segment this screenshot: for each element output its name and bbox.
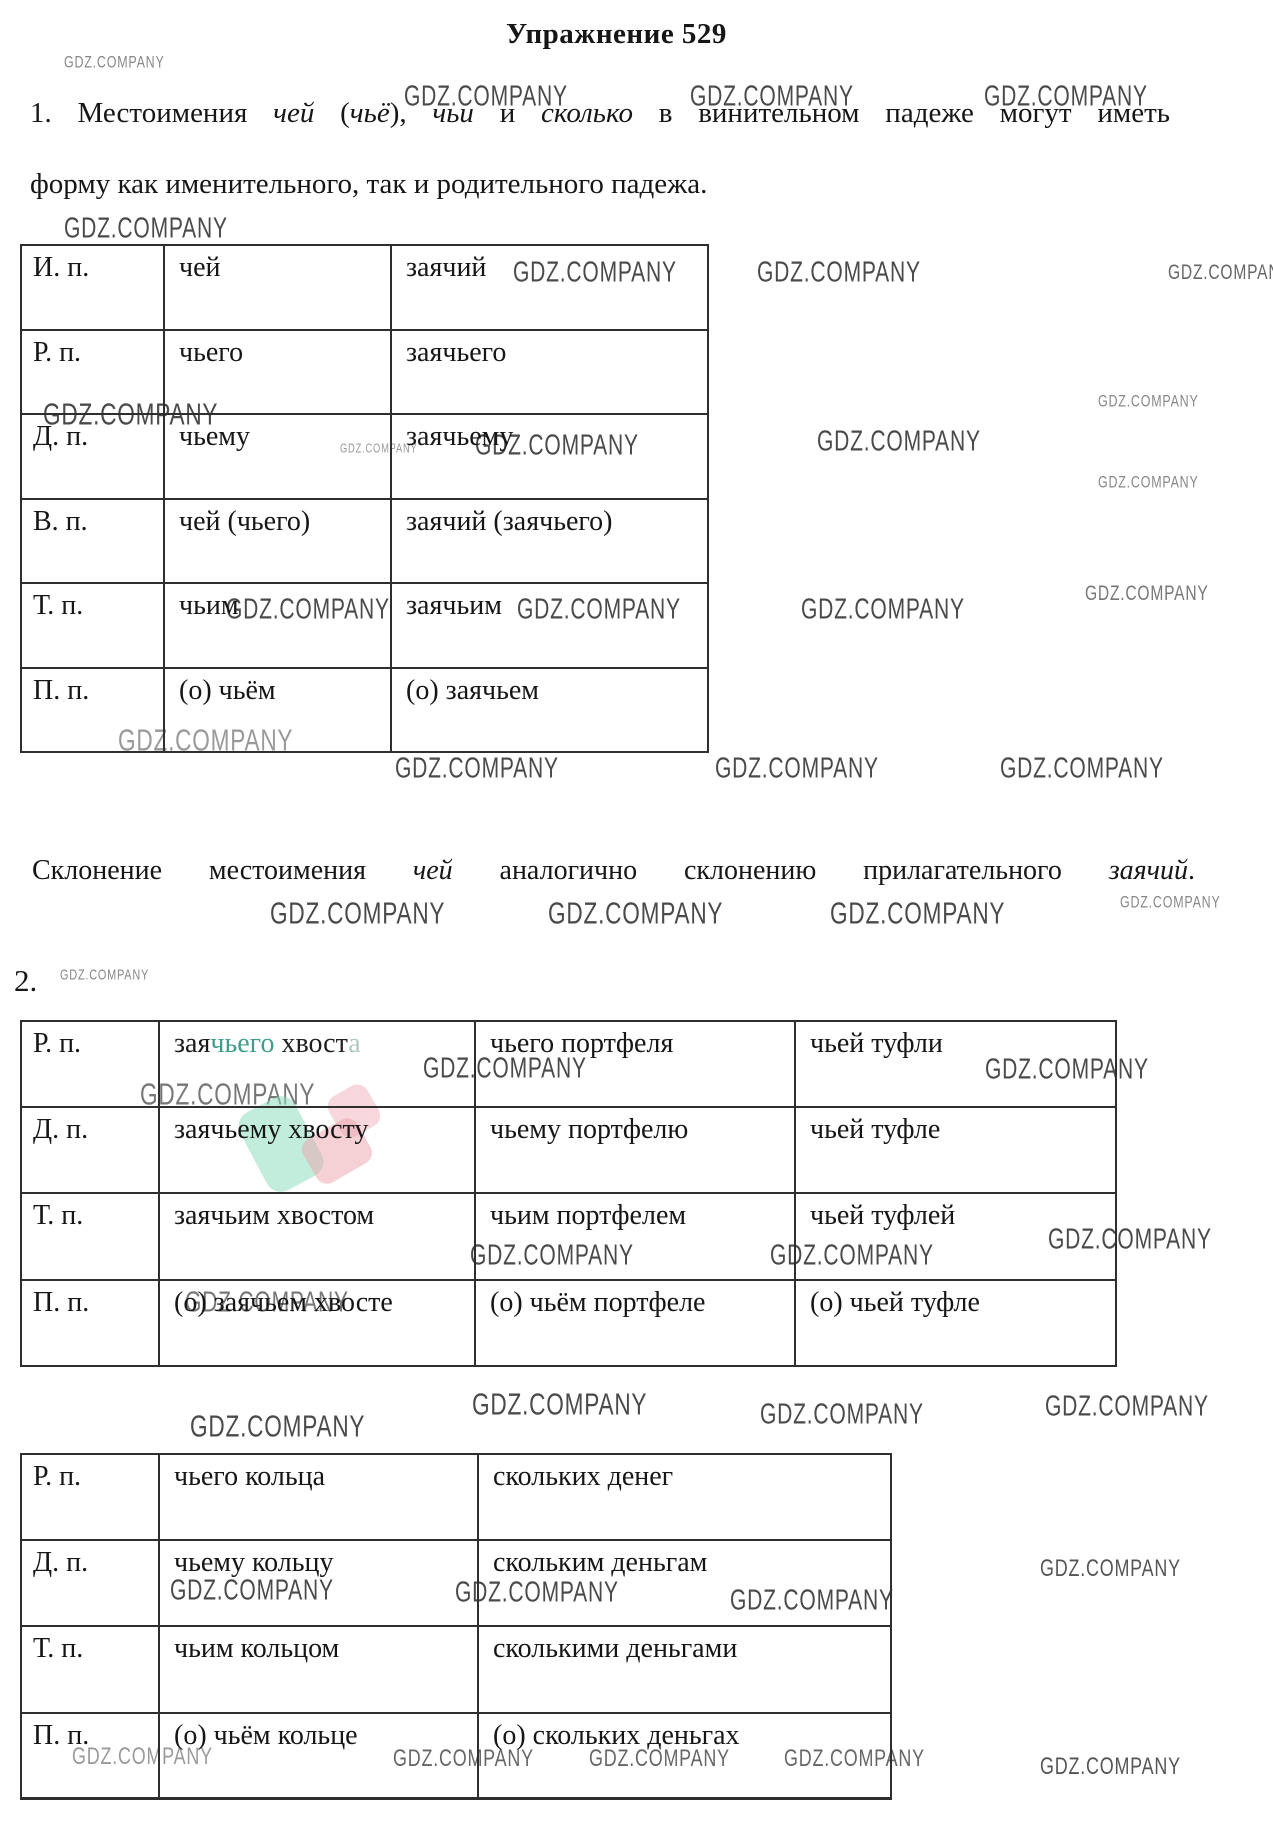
watermark-gdz: GDZ.COMPANY — [830, 899, 1005, 930]
cell-case: Р. п. — [21, 1454, 159, 1540]
cell-value: заячьему — [391, 414, 708, 499]
cell-value: заячий (заячьего) — [391, 499, 708, 584]
text-segment: зая — [174, 1028, 210, 1059]
text-segment: чьего — [210, 1028, 274, 1059]
declension-table-pronoun-adjective: И. п. чей заячий Р. п. чьего заячьего Д.… — [20, 244, 709, 753]
text-segment: чьи — [432, 97, 474, 129]
cell-value: чьего — [164, 330, 391, 415]
intro-paragraph-line2: форму как именительного, так и родительн… — [30, 167, 930, 201]
table-row: Д. п. заячьему хвосту чьему портфелю чье… — [21, 1107, 1116, 1193]
cell-value: чьего кольца — [159, 1454, 478, 1540]
watermark-gdz: GDZ.COMPANY — [1000, 754, 1164, 783]
watermark-gdz: GDZ.COMPANY — [395, 754, 559, 783]
text-segment: ), — [390, 97, 433, 129]
table-row: Т. п. заячьим хвостом чьим портфелем чье… — [21, 1193, 1116, 1279]
cell-case: Д. п. — [21, 1107, 159, 1193]
intro-paragraph-line1: 1. Местоимения чей (чьё), чьи и сколько … — [30, 96, 1170, 130]
cell-value: чьему кольцу — [159, 1540, 478, 1626]
cell-case: П. п. — [21, 1713, 159, 1799]
cell-value: чьему портфелю — [475, 1107, 795, 1193]
watermark-gdz: GDZ.COMPANY — [1040, 1754, 1181, 1778]
cell-case: И. п. — [21, 245, 164, 330]
text-segment: чей — [273, 97, 314, 129]
cell-value: чьим — [164, 583, 391, 668]
cell-case: Р. п. — [21, 1021, 159, 1107]
cell-value: заячьим хвостом — [159, 1193, 475, 1279]
cell-case: Т. п. — [21, 1193, 159, 1279]
exercise-title: Упражнение 529 — [0, 18, 1233, 51]
cell-value: (о) скольких деньгах — [478, 1713, 891, 1799]
text-segment: и — [474, 97, 541, 129]
cell-value: чьей туфли — [795, 1021, 1116, 1107]
cell-case: В. п. — [21, 499, 164, 584]
text-segment: чьё — [350, 97, 390, 129]
table-row: Р. п. чьего кольца скольких денег — [21, 1454, 891, 1540]
text-segment: аналогично склонению прилагательного — [453, 855, 1109, 886]
table-row: Т. п. чьим кольцом сколькими деньгами — [21, 1626, 891, 1712]
cell-value: заячьему хвосту — [159, 1107, 475, 1193]
table-row: П. п. (о) чьём кольце (о) скольких деньг… — [21, 1713, 891, 1799]
cell-case: Р. п. — [21, 330, 164, 415]
cell-value: (о) заячьем хвосте — [159, 1280, 475, 1366]
watermark-gdz: GDZ.COMPANY — [817, 427, 981, 456]
watermark-gdz: GDZ.COMPANY — [64, 55, 165, 72]
text-segment: Склонение местоимения — [32, 855, 413, 886]
cell-value: скольких денег — [478, 1454, 891, 1540]
table-row: Д. п. чьему кольцу скольким деньгам — [21, 1540, 891, 1626]
note-paragraph: Склонение местоимения чей аналогично скл… — [32, 854, 1195, 888]
cell-value-highlighted: заячьего хвоста — [159, 1021, 475, 1107]
text-segment: заячий — [1109, 855, 1188, 886]
item-2-marker: 2. — [14, 963, 37, 999]
cell-case: П. п. — [21, 1280, 159, 1366]
cell-value: заячьего — [391, 330, 708, 415]
cell-value: чей (чьего) — [164, 499, 391, 584]
cell-value: сколькими деньгами — [478, 1626, 891, 1712]
watermark-gdz: GDZ.COMPANY — [270, 899, 445, 930]
cell-case: П. п. — [21, 668, 164, 753]
text-segment: 1. Местоимения — [30, 97, 273, 129]
cell-value: (о) чьём кольце — [159, 1713, 478, 1799]
table-row: П. п. (о) заячьем хвосте (о) чьём портфе… — [21, 1280, 1116, 1366]
cell-value: скольким деньгам — [478, 1540, 891, 1626]
text-segment: хвост — [274, 1028, 348, 1059]
cell-value: заячьим — [391, 583, 708, 668]
cell-value: (о) чьём портфеле — [475, 1280, 795, 1366]
watermark-gdz: GDZ.COMPANY — [715, 754, 879, 783]
watermark-gdz: GDZ.COMPANY — [548, 899, 723, 930]
watermark-gdz: GDZ.COMPANY — [1040, 1556, 1181, 1580]
text-segment: сколько — [541, 97, 633, 129]
table-row: И. п. чей заячий — [21, 245, 708, 330]
declension-table-skolko: Р. п. чьего кольца скольких денег Д. п. … — [20, 1453, 892, 1800]
watermark-gdz: GDZ.COMPANY — [757, 258, 921, 287]
cell-value: чьей туфле — [795, 1107, 1116, 1193]
text-segment: в винительном падеже могут иметь — [633, 97, 1170, 129]
table-row: Р. п. чьего заячьего — [21, 330, 708, 415]
text-segment: чей — [413, 855, 453, 886]
watermark-gdz: GDZ.COMPANY — [801, 595, 965, 624]
cell-case: Д. п. — [21, 414, 164, 499]
watermark-gdz: GDZ.COMPANY — [190, 1412, 365, 1443]
cell-value: чьему — [164, 414, 391, 499]
cell-value: заячий — [391, 245, 708, 330]
cell-case: Д. п. — [21, 1540, 159, 1626]
table-row: Д. п. чьему заячьему — [21, 414, 708, 499]
watermark-gdz: GDZ.COMPANY — [1045, 1392, 1209, 1421]
watermark-gdz: GDZ.COMPANY — [60, 967, 149, 982]
document-page: GDZ.COMPANYGDZ.COMPANYGDZ.COMPANYGDZ.COM… — [0, 0, 1273, 1830]
watermark-gdz: GDZ.COMPANY — [1098, 475, 1199, 492]
table-row: В. п. чей (чьего) заячий (заячьего) — [21, 499, 708, 584]
cell-case: Т. п. — [21, 1626, 159, 1712]
cell-value: (о) чьей туфле — [795, 1280, 1116, 1366]
watermark-gdz: GDZ.COMPANY — [1120, 895, 1221, 912]
cell-value: (о) заячьем — [391, 668, 708, 753]
text-segment: . — [1188, 855, 1195, 886]
watermark-gdz: GDZ.COMPANY — [1085, 583, 1209, 604]
text-segment: ( — [314, 97, 349, 129]
table-row: Р. п. заячьего хвоста чьего портфеля чье… — [21, 1021, 1116, 1107]
cell-value: чьим кольцом — [159, 1626, 478, 1712]
table-row: П. п. (о) чьём (о) заячьем — [21, 668, 708, 753]
cell-value: чьего портфеля — [475, 1021, 795, 1107]
cell-value: чьей туфлей — [795, 1193, 1116, 1279]
cell-value: (о) чьём — [164, 668, 391, 753]
watermark-gdz: GDZ.COMPANY — [1168, 262, 1273, 283]
cell-value: чей — [164, 245, 391, 330]
watermark-gdz: GDZ.COMPANY — [64, 214, 228, 243]
table-row: Т. п. чьим заячьим — [21, 583, 708, 668]
cell-case: Т. п. — [21, 583, 164, 668]
text-segment: а — [348, 1028, 360, 1059]
cell-value: чьим портфелем — [475, 1193, 795, 1279]
watermark-gdz: GDZ.COMPANY — [1098, 394, 1199, 411]
watermark-gdz: GDZ.COMPANY — [760, 1400, 924, 1429]
watermark-gdz: GDZ.COMPANY — [472, 1390, 647, 1421]
declension-table-examples: Р. п. заячьего хвоста чьего портфеля чье… — [20, 1020, 1117, 1367]
